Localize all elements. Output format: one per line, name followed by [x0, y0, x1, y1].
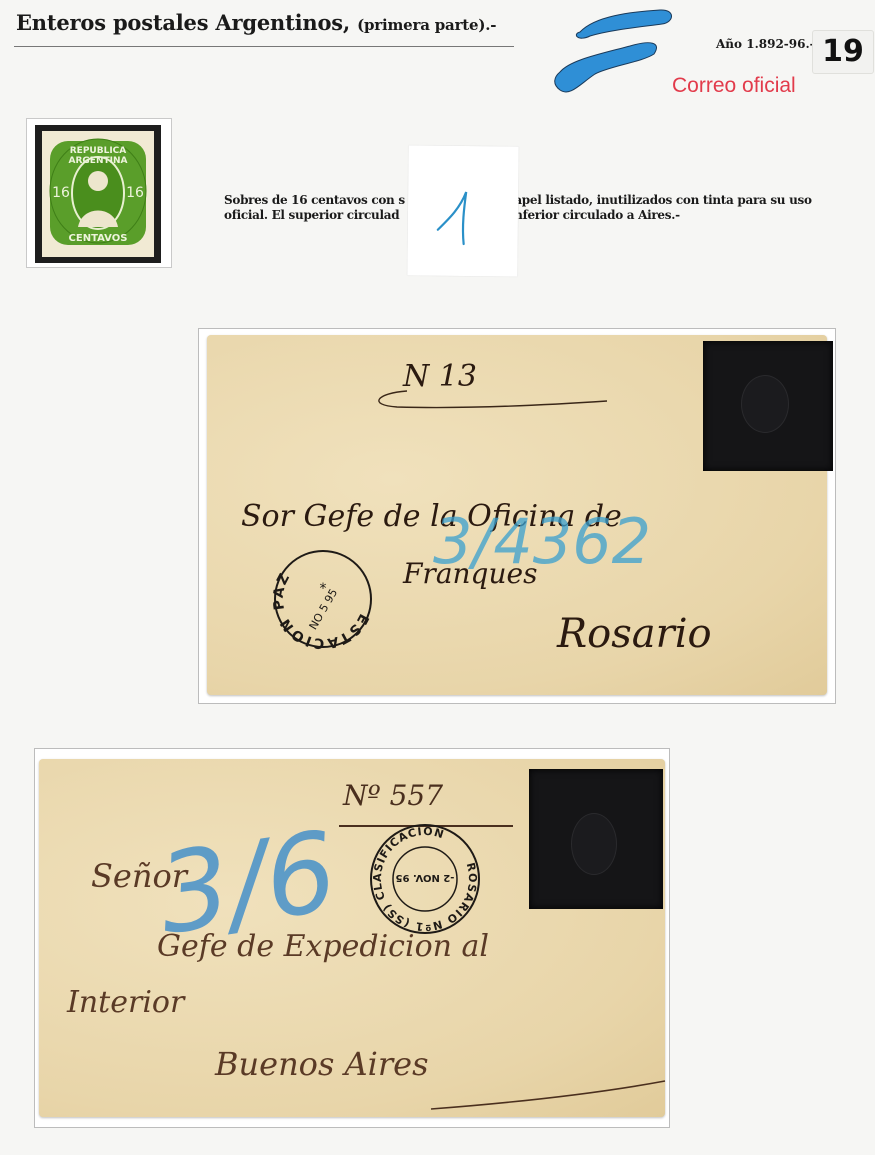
embossed-stamp-icon: REPUBLICA ARGENTINA 16 16 CENTAVOS — [42, 131, 154, 257]
postmark-estacion-paz: ESTACION PAZ * NO 5 95 — [267, 543, 379, 655]
ink-obliterated-stamp — [703, 341, 833, 471]
cover-envelope-2: Nº 557 Señor Gefe de Expedicion al Inter… — [39, 759, 665, 1117]
address-line-3: Interior — [67, 985, 184, 1020]
cover-reference: Nº 557 — [343, 779, 443, 812]
postmark-rosario-clasificacion: ROSARIO Nº1 (SS) CLASIFICACION -2 NOV. 9… — [365, 819, 485, 939]
embossed-portrait-icon — [571, 813, 617, 875]
svg-text:16: 16 — [52, 185, 70, 201]
stamp-paper: REPUBLICA ARGENTINA 16 16 CENTAVOS — [42, 131, 154, 257]
embossed-portrait-icon — [741, 375, 789, 433]
address-line-3: Rosario — [557, 611, 712, 657]
stamp-black-frame: REPUBLICA ARGENTINA 16 16 CENTAVOS — [35, 125, 161, 263]
svg-text:-2 NOV. 95: -2 NOV. 95 — [396, 872, 455, 883]
section-label: Correo oficial — [672, 74, 796, 98]
blue-marker-scribble-icon — [550, 2, 680, 102]
cover-mount-1: N 13 Sor Gefe de la Oficina de Franques … — [198, 328, 836, 704]
title-main: Enteros postales Argentinos, — [16, 10, 350, 35]
svg-text:16: 16 — [126, 185, 144, 201]
cover-mount-2: Nº 557 Señor Gefe de Expedicion al Inter… — [34, 748, 670, 1128]
flourish-underline — [429, 1073, 669, 1113]
svg-text:REPUBLICA: REPUBLICA — [70, 146, 127, 156]
blue-pencil-notation: 3/4362 — [433, 505, 651, 578]
year-label: Año 1.892-96.- — [716, 37, 815, 51]
svg-text:ARGENTINA: ARGENTINA — [69, 156, 128, 166]
stamp-thumbnail: REPUBLICA ARGENTINA 16 16 CENTAVOS — [26, 118, 172, 268]
page-number-badge: 19 — [812, 30, 874, 74]
title-underline — [14, 46, 514, 47]
title-sub: (primera parte).- — [357, 16, 496, 34]
ink-obliterated-stamp — [529, 769, 663, 909]
number-slip — [407, 145, 518, 276]
handwritten-number — [407, 145, 518, 276]
cover-envelope-1: N 13 Sor Gefe de la Oficina de Franques … — [207, 335, 827, 695]
flourish-underline — [367, 383, 617, 413]
svg-text:CENTAVOS: CENTAVOS — [69, 233, 128, 244]
address-line-4: Buenos Aires — [215, 1045, 429, 1083]
description-text: Sobres de 16 centavos con sda papel list… — [224, 193, 869, 223]
blue-pencil-notation: 3/6 — [151, 807, 344, 958]
page-title: Enteros postales Argentinos, (primera pa… — [16, 10, 496, 35]
